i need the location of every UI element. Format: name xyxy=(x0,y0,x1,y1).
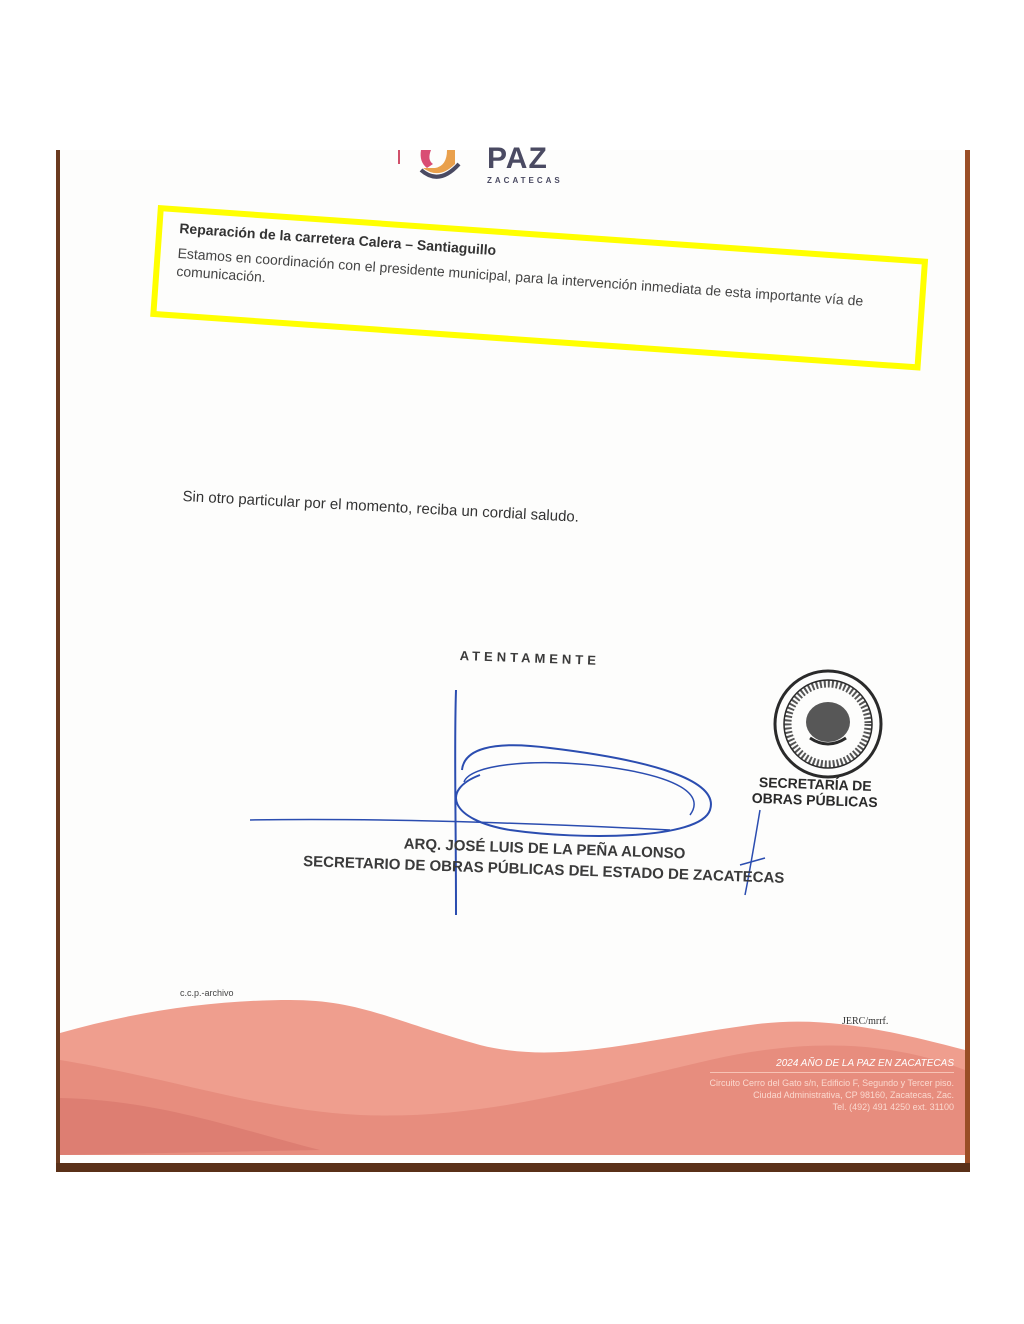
reference-initials: JERC/mrrf. xyxy=(842,1016,888,1027)
footer-contact: 2024 AÑO DE LA PAZ EN ZACATECAS Circuito… xyxy=(710,1058,954,1113)
paz-zacatecas-logo: PAZ ZACATECAS xyxy=(395,150,585,190)
footer-address-line1: Circuito Cerro del Gato s/n, Edificio F,… xyxy=(710,1077,954,1089)
footer-address-line2: Ciudad Administrativa, CP 98160, Zacatec… xyxy=(710,1089,954,1101)
scan-edge-right xyxy=(965,150,970,1172)
footer-phone: Tel. (492) 491 4250 ext. 31100 xyxy=(710,1101,954,1113)
footer-year-motto: 2024 AÑO DE LA PAZ EN ZACATECAS xyxy=(710,1058,954,1073)
logo-subtitle: ZACATECAS xyxy=(487,176,563,185)
handwritten-signature xyxy=(250,690,810,920)
scan-edge-bottom xyxy=(56,1163,970,1172)
seal-label: SECRETARÍA DE OBRAS PÚBLICAS xyxy=(751,774,878,810)
paz-logo-icon xyxy=(417,150,461,182)
logo-divider xyxy=(398,150,400,164)
logo-word: PAZ xyxy=(487,142,548,176)
ccp-note: c.c.p.-archivo xyxy=(180,988,234,998)
official-seal-icon xyxy=(772,668,884,780)
